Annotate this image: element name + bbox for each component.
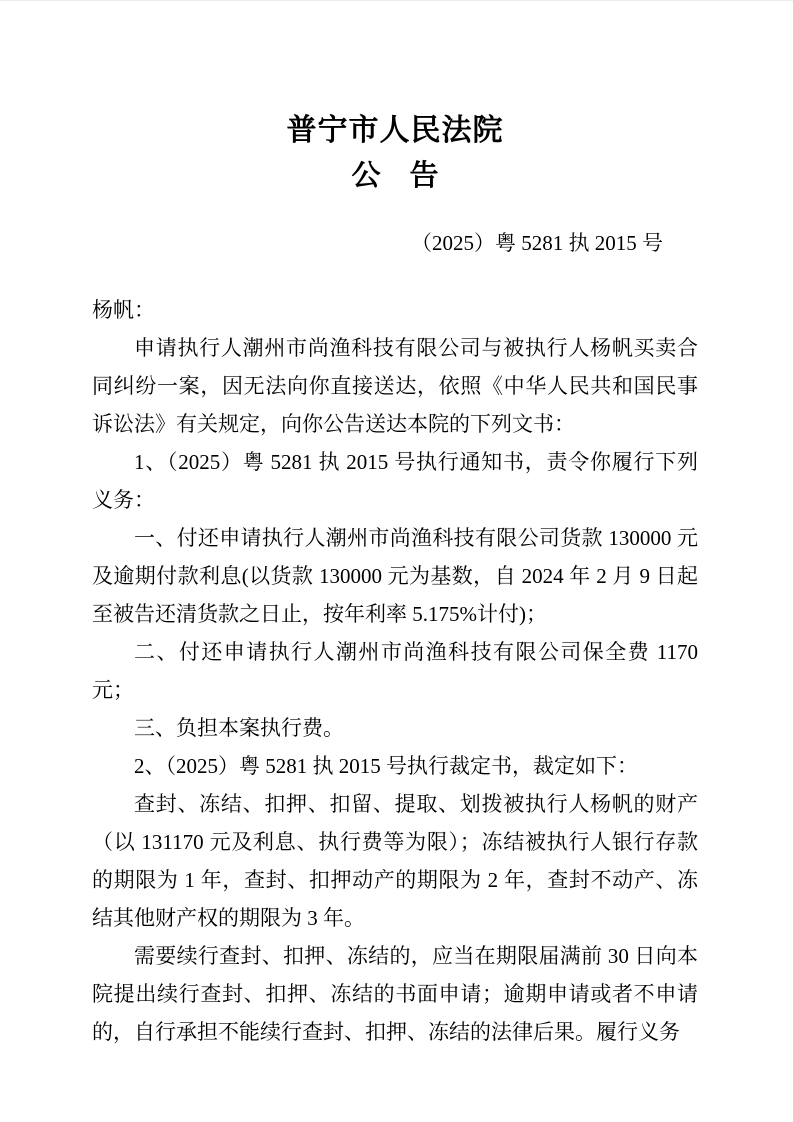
paragraph-obligation-2: 二、付还申请执行人潮州市尚渔科技有限公司保全费 1170 元； bbox=[92, 633, 698, 709]
addressee-line: 杨帆： bbox=[92, 291, 698, 329]
announcement-title: 公 告 bbox=[92, 159, 698, 193]
paragraph-obligation-1: 一、付还申请执行人潮州市尚渔科技有限公司货款 130000 元及逾期付款利息(以… bbox=[92, 519, 698, 633]
paragraph-ruling-content: 查封、冻结、扣押、扣留、提取、划拨被执行人杨帆的财产（以 131170 元及利息… bbox=[92, 785, 698, 937]
court-name-heading: 普宁市人民法院 bbox=[92, 113, 698, 149]
announcement-body: 杨帆： 申请执行人潮州市尚渔科技有限公司与被执行人杨帆买卖合同纠纷一案，因无法向… bbox=[92, 291, 698, 1051]
paragraph-notice-heading: 1、（2025）粤 5281 执 2015 号执行通知书，责令你履行下列义务： bbox=[92, 443, 698, 519]
paragraph-ruling-heading: 2、（2025）粤 5281 执 2015 号执行裁定书，裁定如下： bbox=[92, 747, 698, 785]
paragraph-case-intro: 申请执行人潮州市尚渔科技有限公司与被执行人杨帆买卖合同纠纷一案，因无法向你直接送… bbox=[92, 329, 698, 443]
paragraph-renewal-notice: 需要续行查封、扣押、冻结的，应当在期限届满前 30 日向本院提出续行查封、扣押、… bbox=[92, 937, 698, 1051]
court-announcement-page: 普宁市人民法院 公 告 （2025）粤 5281 执 2015 号 杨帆： 申请… bbox=[0, 1, 793, 1122]
paragraph-obligation-3: 三、负担本案执行费。 bbox=[92, 709, 698, 747]
case-number: （2025）粤 5281 执 2015 号 bbox=[92, 229, 698, 257]
